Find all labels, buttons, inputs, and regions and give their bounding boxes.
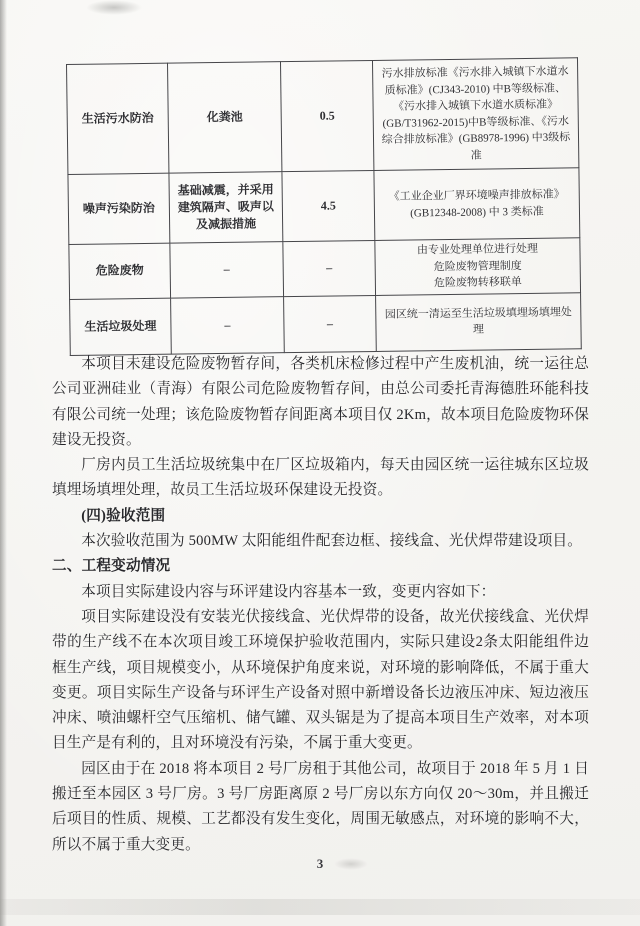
cell-standard: 污水排放标准《污水排入城镇下水道水质标准》(CJ343-2010) 中B等级标准… [372, 58, 578, 171]
cell-standard: 由专业处理单位进行处理 危险废物管理制度 危险废物转移联单 [375, 238, 581, 295]
cell-standard: 《工业企业厂界环境噪声排放标准》(GB12348-2008) 中 3 类标准 [374, 168, 580, 241]
pollution-control-measures-table: 生活污水防治 化粪池 0.5 污水排放标准《污水排入城镇下水道水质标准》(CJ3… [66, 57, 582, 355]
scan-artifact-top-smudge [86, 0, 142, 15]
scan-artifact-left-edge [0, 0, 7, 926]
paragraph-domestic-garbage: 厂房内员工生活垃圾统集中在厂区垃圾箱内，每天由园区统一运往城东区垃圾填埋场填埋处… [52, 453, 589, 504]
table-row-domestic-garbage: 生活垃圾处理 – – 园区统一清运至生活垃圾填埋场填埋处理 [70, 292, 582, 355]
paragraph-relocation: 园区由于在 2018 将本项目 2 号厂房租于其他公司，故项目于 2018 年 … [52, 757, 589, 858]
cell-category: 噪声污染防治 [68, 173, 170, 244]
table-row-sewage: 生活污水防治 化粪池 0.5 污水排放标准《污水排入城镇下水道水质标准》(CJ3… [67, 58, 579, 175]
cell-investment: 4.5 [282, 170, 375, 241]
cell-standard: 园区统一清运至生活垃圾填埋场填埋处理 [376, 292, 582, 351]
cell-measure: 基础减震，并采用建筑隔声、吸声以及减振措施 [169, 172, 283, 243]
scanned-document-page: 生活污水防治 化粪池 0.5 污水排放标准《污水排入城镇下水道水质标准》(CJ3… [0, 0, 640, 926]
paragraph-changes-detail: 项目实际建设没有安装光伏接线盒、光伏焊带的设备，故光伏接线盒、光伏焊带的生产线不… [52, 605, 589, 757]
cell-category: 生活垃圾处理 [70, 298, 172, 355]
heading-acceptance-scope: (四)验收范围 [52, 504, 589, 529]
scan-artifact-bottom-band [0, 899, 640, 915]
page-number: 3 [0, 856, 640, 872]
scan-artifact-footer-smudge [334, 858, 368, 870]
paragraph-acceptance-scope: 本次验收范围为 500MW 太阳能组件配套边框、接线盒、光伏焊带建设项目。 [52, 529, 589, 554]
cell-investment: – [283, 240, 376, 296]
cell-measure: – [170, 242, 284, 298]
document-body: 本项目未建设危险废物暂存间，各类机床检修过程中产生废机油，统一运往总公司亚洲硅业… [52, 352, 589, 858]
table-row-noise: 噪声污染防治 基础减震，并采用建筑隔声、吸声以及减振措施 4.5 《工业企业厂界… [68, 168, 580, 245]
heading-project-changes: 二、工程变动情况 [52, 554, 589, 579]
table-row-hazardous-waste: 危险废物 – – 由专业处理单位进行处理 危险废物管理制度 危险废物转移联单 [69, 238, 581, 299]
cell-category: 危险废物 [69, 243, 171, 299]
paragraph-hazardous-waste: 本项目未建设危险废物暂存间，各类机床检修过程中产生废机油，统一运往总公司亚洲硅业… [52, 352, 589, 453]
cell-measure: 化粪池 [167, 62, 281, 173]
cell-investment: – [284, 295, 377, 352]
cell-category: 生活污水防治 [67, 63, 169, 174]
cell-investment: 0.5 [280, 60, 373, 171]
cell-measure: – [171, 296, 285, 353]
paragraph-changes-intro: 本项目实际建设内容与环评建设内容基本一致，变更内容如下： [52, 580, 589, 605]
